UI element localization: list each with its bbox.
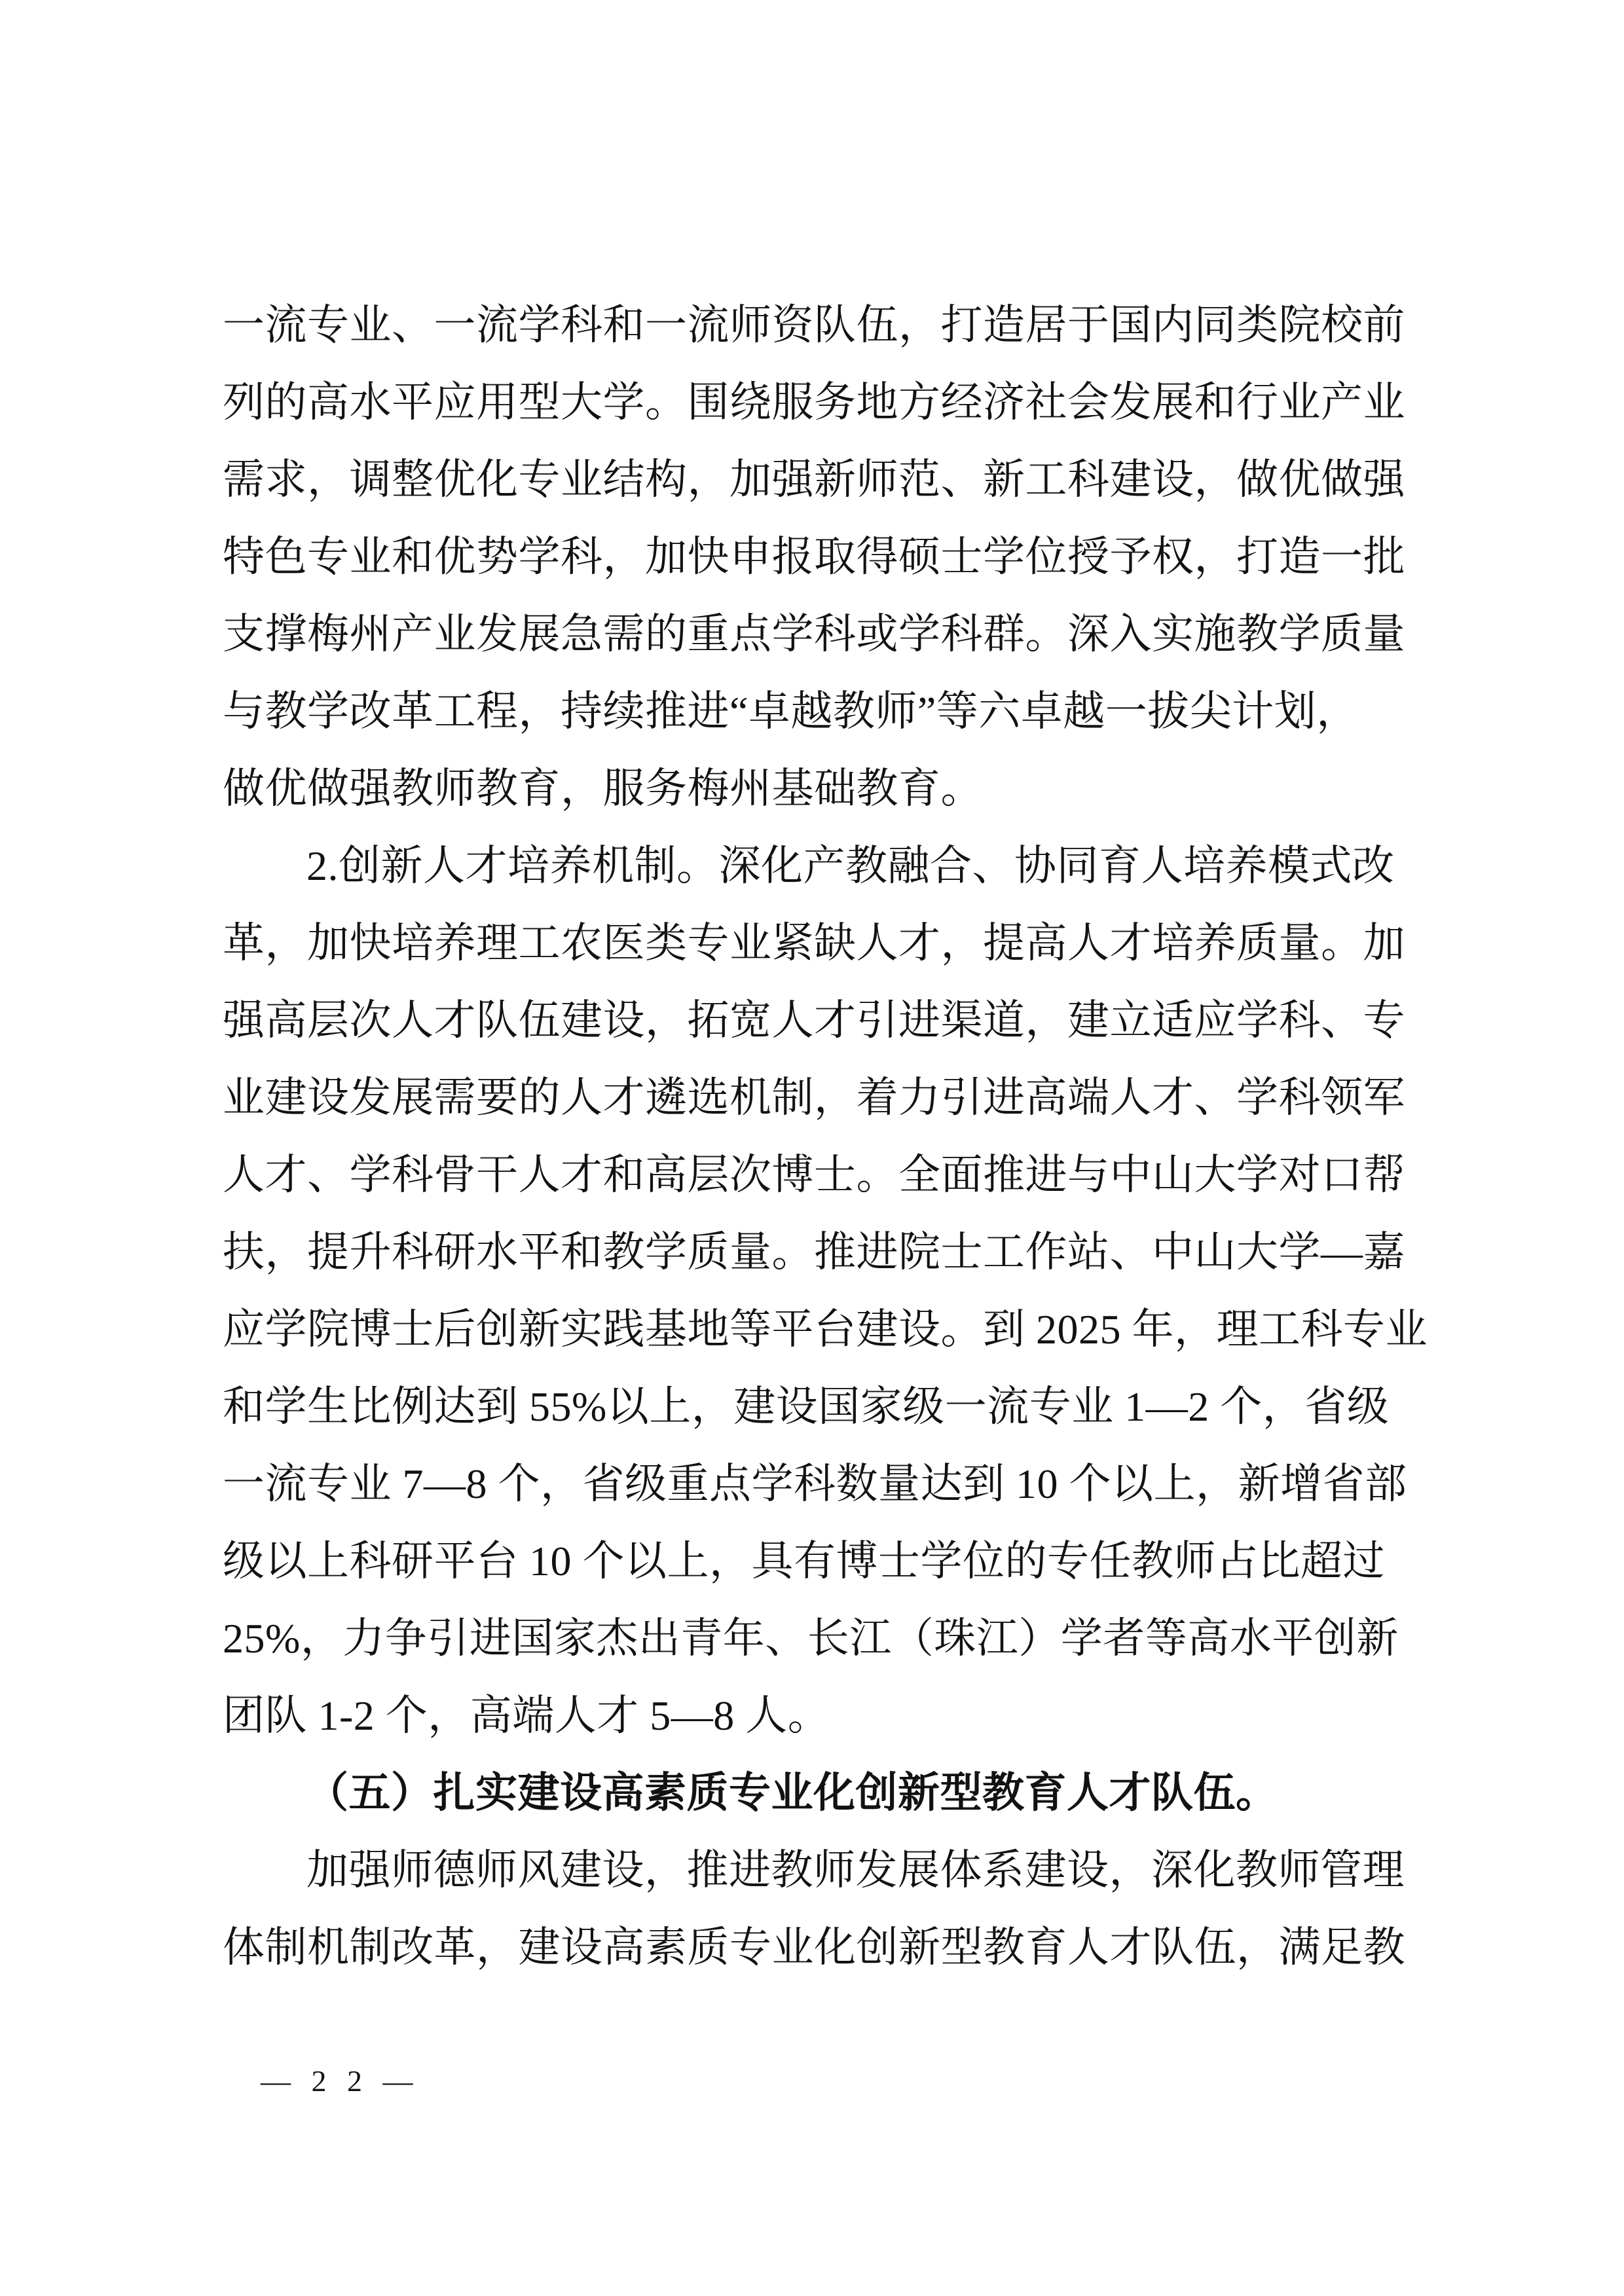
- text-line: 一流专业、一流学科和一流师资队伍，打造居于国内同类院校前: [223, 287, 1411, 364]
- text-line: 和学生比例达到 55%以上，建设国家级一流专业 1—2 个，省级: [223, 1368, 1411, 1446]
- text-line: 加强师德师风建设，推进教师发展体系建设，深化教师管理: [223, 1832, 1411, 1909]
- text-line: 25%，力争引进国家杰出青年、长江（珠江）学者等高水平创新: [223, 1600, 1411, 1677]
- text-line: 级以上科研平台 10 个以上，具有博士学位的专任教师占比超过: [223, 1523, 1411, 1600]
- text-line: 应学院博士后创新实践基地等平台建设。到 2025 年，理工科专业: [223, 1291, 1411, 1368]
- text-line: 特色专业和优势学科，加快申报取得硕士学位授予权，打造一批: [223, 519, 1411, 596]
- page-number: — 2 2 —: [261, 2064, 420, 2099]
- text-line: 一流专业 7—8 个，省级重点学科数量达到 10 个以上，新增省部: [223, 1446, 1411, 1523]
- document-page: 一流专业、一流学科和一流师资队伍，打造居于国内同类院校前列的高水平应用型大学。围…: [0, 0, 1624, 2296]
- text-line: 革，加快培养理工农医类专业紧缺人才，提高人才培养质量。加: [223, 905, 1411, 982]
- text-line: 支撑梅州产业发展急需的重点学科或学科群。深入实施教学质量: [223, 596, 1411, 673]
- text-line: 人才、学科骨干人才和高层次博士。全面推进与中山大学对口帮: [223, 1137, 1411, 1214]
- text-line: 业建设发展需要的人才遴选机制，着力引进高端人才、学科领军: [223, 1059, 1411, 1137]
- heading-line: （五）扎实建设高素质专业化创新型教育人才队伍。: [223, 1755, 1411, 1832]
- text-line: 团队 1-2 个，高端人才 5—8 人。: [223, 1677, 1411, 1755]
- text-line: 与教学改革工程，持续推进“卓越教师”等六卓越一拔尖计划，: [223, 673, 1411, 750]
- text-line: 扶，提升科研水平和教学质量。推进院士工作站、中山大学—嘉: [223, 1214, 1411, 1291]
- text-line: 做优做强教师教育，服务梅州基础教育。: [223, 750, 1411, 828]
- text-line: 强高层次人才队伍建设，拓宽人才引进渠道，建立适应学科、专: [223, 982, 1411, 1059]
- text-line: 体制机制改革，建设高素质专业化创新型教育人才队伍，满足教: [223, 1909, 1411, 1986]
- document-body: 一流专业、一流学科和一流师资队伍，打造居于国内同类院校前列的高水平应用型大学。围…: [223, 287, 1411, 1986]
- text-line: 列的高水平应用型大学。围绕服务地方经济社会发展和行业产业: [223, 364, 1411, 441]
- text-line: 2.创新人才培养机制。深化产教融合、协同育人培养模式改: [223, 828, 1411, 905]
- text-line: 需求，调整优化专业结构，加强新师范、新工科建设，做优做强: [223, 441, 1411, 519]
